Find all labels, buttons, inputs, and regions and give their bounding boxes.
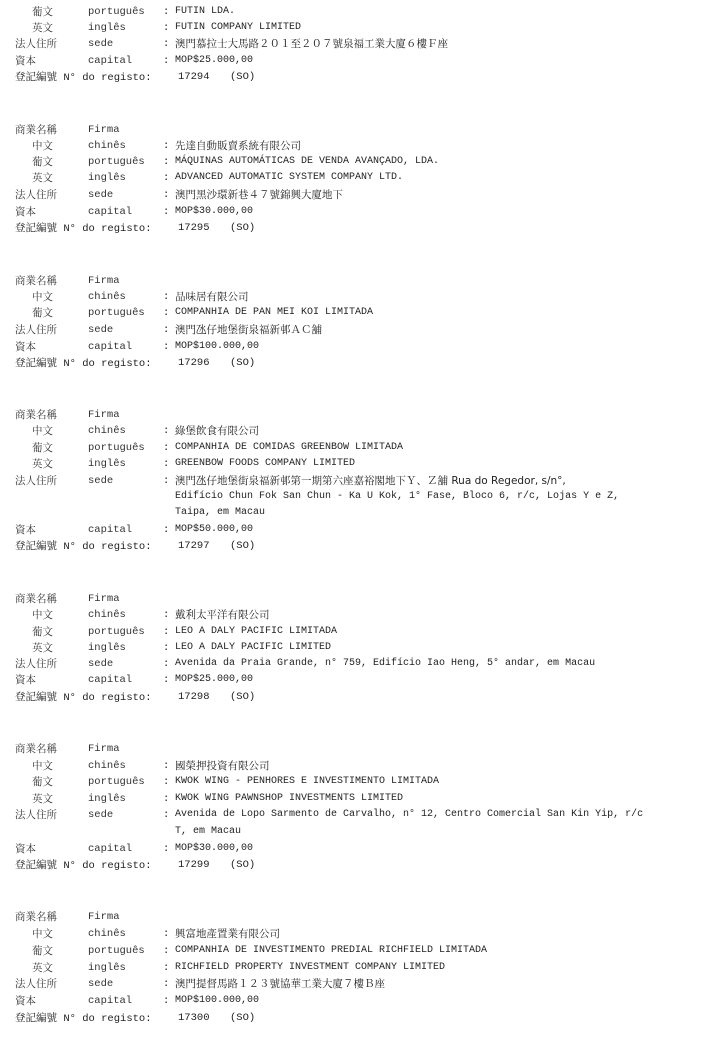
seat-row: 法人住所 sede : Avenida da Praia Grande, n° …	[0, 656, 705, 672]
seat-address: 澳門慕拉士大馬路２０１至２０７號泉福工業大廈６樓Ｆ座	[175, 36, 448, 52]
registration-number: 17295	[178, 220, 210, 236]
chinese-name-row: 中文 chinês : 綠堡飲食有限公司	[0, 423, 705, 439]
capital-amount: MOP$25.000,00	[175, 672, 253, 688]
label-pt: sede	[88, 322, 113, 338]
colon: :	[163, 774, 169, 790]
registration-row: 登記編號 N° do registo: 17297 (SO)	[0, 538, 705, 554]
colon: :	[163, 960, 169, 976]
colon: :	[163, 758, 169, 774]
capital-row: 資本 capital : MOP$30.000,00	[0, 841, 705, 857]
label-pt: sede	[88, 656, 113, 672]
label-zh: 資本	[15, 672, 36, 688]
seat-address-line-2: Edifício Chun Fok San Chun - Ka U Kok, 1…	[175, 489, 619, 505]
label-zh: 資本	[15, 993, 36, 1009]
portuguese-name: KWOK WING - PENHORES E INVESTIMENTO LIMI…	[175, 774, 439, 790]
firm-header-row: 商業名稱 Firma	[0, 273, 705, 289]
seat-row: 法人住所 sede : Avenida de Lopo Sarmento de …	[0, 807, 705, 823]
registration-label: 登記編號 N° do registo:	[15, 538, 152, 555]
seat-address-line-3: Taipa, em Macau	[175, 505, 265, 521]
label-pt: capital	[88, 993, 132, 1009]
registration-row: 登記編號 N° do registo: 17296 (SO)	[0, 355, 705, 371]
label-zh: 葡文	[32, 440, 53, 456]
label-pt: inglês	[88, 960, 126, 976]
colon: :	[163, 993, 169, 1009]
label-zh: 法人住所	[15, 322, 57, 338]
label-pt: sede	[88, 187, 113, 203]
capital-row: 資本 capital : MOP$100.000,00	[0, 993, 705, 1009]
capital-amount: MOP$100.000,00	[175, 339, 259, 355]
colon: :	[163, 53, 169, 69]
label-pt: capital	[88, 522, 132, 538]
label-pt: Firma	[88, 273, 120, 289]
capital-row: 資本 capital : MOP$25.000,00	[0, 672, 705, 688]
colon: :	[163, 456, 169, 472]
seat-address: 澳門黑沙環新巷４７號錦興大廈地下	[175, 187, 343, 203]
chinese-name-row: 中文 chinês : 國榮押投資有限公司	[0, 758, 705, 774]
label-zh: 法人住所	[15, 976, 57, 992]
english-name-row: 英文 inglês : LEO A DALY PACIFIC LIMITED	[0, 640, 705, 656]
label-pt: português	[88, 774, 145, 790]
label-pt: português	[88, 4, 145, 20]
registration-label: 登記編號 N° do registo:	[15, 220, 152, 237]
colon: :	[163, 640, 169, 656]
colon: :	[163, 976, 169, 992]
registration-type: (SO)	[230, 1010, 255, 1026]
label-zh: 中文	[32, 289, 53, 305]
label-zh: 葡文	[32, 624, 53, 640]
firm-header-row: 商業名稱 Firma	[0, 122, 705, 138]
capital-row: 資本 capital : MOP$50.000,00	[0, 522, 705, 538]
label-pt: capital	[88, 339, 132, 355]
colon: :	[163, 20, 169, 36]
label-pt: Firma	[88, 741, 120, 757]
colon: :	[163, 289, 169, 305]
firm-header-row: 商業名稱 Firma	[0, 591, 705, 607]
label-zh: 商業名稱	[15, 741, 57, 757]
colon: :	[163, 672, 169, 688]
registration-type: (SO)	[230, 689, 255, 705]
english-name: FUTIN COMPANY LIMITED	[175, 20, 301, 36]
label-zh: 中文	[32, 926, 53, 942]
label-zh: 中文	[32, 138, 53, 154]
registration-row: 登記編號 N° do registo: 17295 (SO)	[0, 220, 705, 236]
registration-row: 登記編號 N° do registo: 17294 (SO)	[0, 69, 705, 85]
label-pt: chinês	[88, 138, 126, 154]
chinese-name: 興富地產置業有限公司	[175, 926, 280, 942]
portuguese-name: MÁQUINAS AUTOMÁTICAS DE VENDA AVANÇADO, …	[175, 154, 439, 170]
colon: :	[163, 473, 169, 489]
registration-number: 17299	[178, 857, 210, 873]
label-zh: 葡文	[32, 305, 53, 321]
label-zh: 葡文	[32, 154, 53, 170]
capital-amount: MOP$50.000,00	[175, 522, 253, 538]
chinese-name: 先達自動販賣系統有限公司	[175, 138, 301, 154]
colon: :	[163, 339, 169, 355]
english-name-row: 英文 inglês : KWOK WING PAWNSHOP INVESTMEN…	[0, 791, 705, 807]
colon: :	[163, 36, 169, 52]
registration-row: 登記編號 N° do registo: 17298 (SO)	[0, 689, 705, 705]
seat-row: 法人住所 sede : 澳門氹仔地堡街泉福新邨ＡＣ舖	[0, 322, 705, 338]
capital-row: 資本 capital : MOP$100.000,00	[0, 339, 705, 355]
label-zh: 英文	[32, 170, 53, 186]
portuguese-name-row: 葡文 português : MÁQUINAS AUTOMÁTICAS DE V…	[0, 154, 705, 170]
chinese-name: 綠堡飲食有限公司	[175, 423, 259, 439]
label-zh: 資本	[15, 53, 36, 69]
registration-row: 登記編號 N° do registo: 17300 (SO)	[0, 1010, 705, 1026]
registration-type: (SO)	[230, 355, 255, 371]
label-pt: sede	[88, 36, 113, 52]
seat-row: 法人住所 sede : 澳門慕拉士大馬路２０１至２０７號泉福工業大廈６樓Ｆ座	[0, 36, 705, 52]
firm-header-row: 商業名稱 Firma	[0, 741, 705, 757]
registration-number: 17298	[178, 689, 210, 705]
chinese-name-row: 中文 chinês : 興富地產置業有限公司	[0, 926, 705, 942]
colon: :	[163, 322, 169, 338]
label-pt: português	[88, 305, 145, 321]
colon: :	[163, 4, 169, 20]
label-pt: português	[88, 943, 145, 959]
label-pt: chinês	[88, 758, 126, 774]
capital-amount: MOP$100.000,00	[175, 993, 259, 1009]
colon: :	[163, 187, 169, 203]
label-pt: inglês	[88, 20, 126, 36]
label-zh: 法人住所	[15, 656, 57, 672]
label-zh: 英文	[32, 456, 53, 472]
colon: :	[163, 624, 169, 640]
label-zh: 商業名稱	[15, 909, 57, 925]
label-pt: capital	[88, 204, 132, 220]
capital-amount: MOP$30.000,00	[175, 204, 253, 220]
registration-type: (SO)	[230, 857, 255, 873]
seat-row-cont: T, em Macau	[0, 824, 705, 840]
seat-address-line-2: T, em Macau	[175, 824, 241, 840]
label-zh: 商業名稱	[15, 407, 57, 423]
capital-row: 資本 capital : MOP$30.000,00	[0, 204, 705, 220]
english-name-row: 英文 inglês : RICHFIELD PROPERTY INVESTMEN…	[0, 960, 705, 976]
colon: :	[163, 154, 169, 170]
label-pt: capital	[88, 841, 132, 857]
registration-type: (SO)	[230, 220, 255, 236]
label-pt: Firma	[88, 122, 120, 138]
label-pt: inglês	[88, 456, 126, 472]
registration-label: 登記編號 N° do registo:	[15, 355, 152, 372]
label-pt: sede	[88, 807, 113, 823]
portuguese-name-row: 葡文 português : COMPANHIA DE INVESTIMENTO…	[0, 943, 705, 959]
label-zh: 葡文	[32, 943, 53, 959]
label-pt: chinês	[88, 423, 126, 439]
chinese-name-row: 中文 chinês : 先達自動販賣系統有限公司	[0, 138, 705, 154]
chinese-name: 國榮押投資有限公司	[175, 758, 270, 774]
portuguese-name-row: 葡文 português : COMPANHIA DE PAN MEI KOI …	[0, 305, 705, 321]
label-zh: 中文	[32, 758, 53, 774]
seat-address-line-1: 澳門氹仔地堡街泉福新邨第一期第六座嘉裕閣地下Ｙ、Ｚ舖 Rua do Regedo…	[175, 473, 566, 489]
portuguese-name-row: 葡文 português : COMPANHIA DE COMIDAS GREE…	[0, 440, 705, 456]
chinese-name-row: 中文 chinês : 品味居有限公司	[0, 289, 705, 305]
label-zh: 葡文	[32, 4, 53, 20]
english-name-row: 英文 inglês : ADVANCED AUTOMATIC SYSTEM CO…	[0, 170, 705, 186]
capital-amount: MOP$25.000,00	[175, 53, 253, 69]
registration-number: 17300	[178, 1010, 210, 1026]
colon: :	[163, 943, 169, 959]
registration-type: (SO)	[230, 69, 255, 85]
seat-row: 法人住所 sede : 澳門黑沙環新巷４７號錦興大廈地下	[0, 187, 705, 203]
colon: :	[163, 607, 169, 623]
label-pt: capital	[88, 53, 132, 69]
label-zh: 商業名稱	[15, 591, 57, 607]
label-zh: 資本	[15, 204, 36, 220]
seat-address: 澳門氹仔地堡街泉福新邨ＡＣ舖	[175, 322, 322, 338]
portuguese-name: FUTIN LDA.	[175, 4, 235, 20]
seat-row: 法人住所 sede : 澳門提督馬路１２３號協華工業大廈７樓Ｂ座	[0, 976, 705, 992]
english-name: KWOK WING PAWNSHOP INVESTMENTS LIMITED	[175, 791, 403, 807]
chinese-name: 品味居有限公司	[175, 289, 249, 305]
label-zh: 中文	[32, 423, 53, 439]
chinese-name: 戴利太平洋有限公司	[175, 607, 270, 623]
colon: :	[163, 138, 169, 154]
portuguese-name: COMPANHIA DE COMIDAS GREENBOW LIMITADA	[175, 440, 403, 456]
registration-number: 17294	[178, 69, 210, 85]
portuguese-name: LEO A DALY PACIFIC LIMITADA	[175, 624, 337, 640]
label-zh: 商業名稱	[15, 273, 57, 289]
colon: :	[163, 791, 169, 807]
registration-type: (SO)	[230, 538, 255, 554]
colon: :	[163, 807, 169, 823]
label-pt: sede	[88, 976, 113, 992]
seat-address: Avenida da Praia Grande, n° 759, Edifíci…	[175, 656, 595, 672]
portuguese-name-row: 葡文 português : LEO A DALY PACIFIC LIMITA…	[0, 624, 705, 640]
portuguese-name-row: 葡文 português : KWOK WING - PENHORES E IN…	[0, 774, 705, 790]
seat-row: 法人住所 sede : 澳門氹仔地堡街泉福新邨第一期第六座嘉裕閣地下Ｙ、Ｚ舖 R…	[0, 473, 705, 489]
label-zh: 葡文	[32, 774, 53, 790]
label-pt: português	[88, 154, 145, 170]
label-zh: 法人住所	[15, 187, 57, 203]
label-zh: 法人住所	[15, 36, 57, 52]
portuguese-name-row: 葡文 português : FUTIN LDA.	[0, 4, 705, 20]
english-name: RICHFIELD PROPERTY INVESTMENT COMPANY LI…	[175, 960, 445, 976]
registration-label: 登記編號 N° do registo:	[15, 689, 152, 706]
label-zh: 資本	[15, 522, 36, 538]
colon: :	[163, 170, 169, 186]
english-name: LEO A DALY PACIFIC LIMITED	[175, 640, 331, 656]
registration-row: 登記編號 N° do registo: 17299 (SO)	[0, 857, 705, 873]
portuguese-name: COMPANHIA DE INVESTIMENTO PREDIAL RICHFI…	[175, 943, 487, 959]
english-name-row: 英文 inglês : FUTIN COMPANY LIMITED	[0, 20, 705, 36]
colon: :	[163, 305, 169, 321]
label-zh: 中文	[32, 607, 53, 623]
label-pt: inglês	[88, 640, 126, 656]
colon: :	[163, 423, 169, 439]
label-zh: 法人住所	[15, 807, 57, 823]
colon: :	[163, 204, 169, 220]
label-pt: chinês	[88, 607, 126, 623]
label-pt: chinês	[88, 926, 126, 942]
label-pt: Firma	[88, 407, 120, 423]
colon: :	[163, 926, 169, 942]
registration-number: 17296	[178, 355, 210, 371]
firm-header-row: 商業名稱 Firma	[0, 407, 705, 423]
label-pt: chinês	[88, 289, 126, 305]
seat-row-cont: Edifício Chun Fok San Chun - Ka U Kok, 1…	[0, 489, 705, 505]
seat-address: 澳門提督馬路１２３號協華工業大廈７樓Ｂ座	[175, 976, 385, 992]
label-pt: inglês	[88, 791, 126, 807]
registration-label: 登記編號 N° do registo:	[15, 857, 152, 874]
colon: :	[163, 440, 169, 456]
capital-amount: MOP$30.000,00	[175, 841, 253, 857]
label-zh: 資本	[15, 841, 36, 857]
registration-label: 登記編號 N° do registo:	[15, 69, 152, 86]
label-pt: inglês	[88, 170, 126, 186]
label-pt: Firma	[88, 909, 120, 925]
label-pt: português	[88, 624, 145, 640]
capital-row: 資本 capital : MOP$25.000,00	[0, 53, 705, 69]
english-name-row: 英文 inglês : GREENBOW FOODS COMPANY LIMIT…	[0, 456, 705, 472]
english-name: GREENBOW FOODS COMPANY LIMITED	[175, 456, 355, 472]
label-zh: 英文	[32, 20, 53, 36]
label-zh: 英文	[32, 791, 53, 807]
colon: :	[163, 656, 169, 672]
seat-address-line-1: Avenida de Lopo Sarmento de Carvalho, n°…	[175, 807, 643, 823]
label-zh: 英文	[32, 640, 53, 656]
colon: :	[163, 522, 169, 538]
label-zh: 法人住所	[15, 473, 57, 489]
registration-label: 登記編號 N° do registo:	[15, 1010, 152, 1027]
portuguese-name: COMPANHIA DE PAN MEI KOI LIMITADA	[175, 305, 373, 321]
label-zh: 英文	[32, 960, 53, 976]
label-pt: português	[88, 440, 145, 456]
registration-number: 17297	[178, 538, 210, 554]
seat-row-cont: Taipa, em Macau	[0, 505, 705, 521]
english-name: ADVANCED AUTOMATIC SYSTEM COMPANY LTD.	[175, 170, 403, 186]
label-zh: 資本	[15, 339, 36, 355]
label-zh: 商業名稱	[15, 122, 57, 138]
firm-header-row: 商業名稱 Firma	[0, 909, 705, 925]
label-pt: sede	[88, 473, 113, 489]
colon: :	[163, 841, 169, 857]
chinese-name-row: 中文 chinês : 戴利太平洋有限公司	[0, 607, 705, 623]
label-pt: Firma	[88, 591, 120, 607]
label-pt: capital	[88, 672, 132, 688]
